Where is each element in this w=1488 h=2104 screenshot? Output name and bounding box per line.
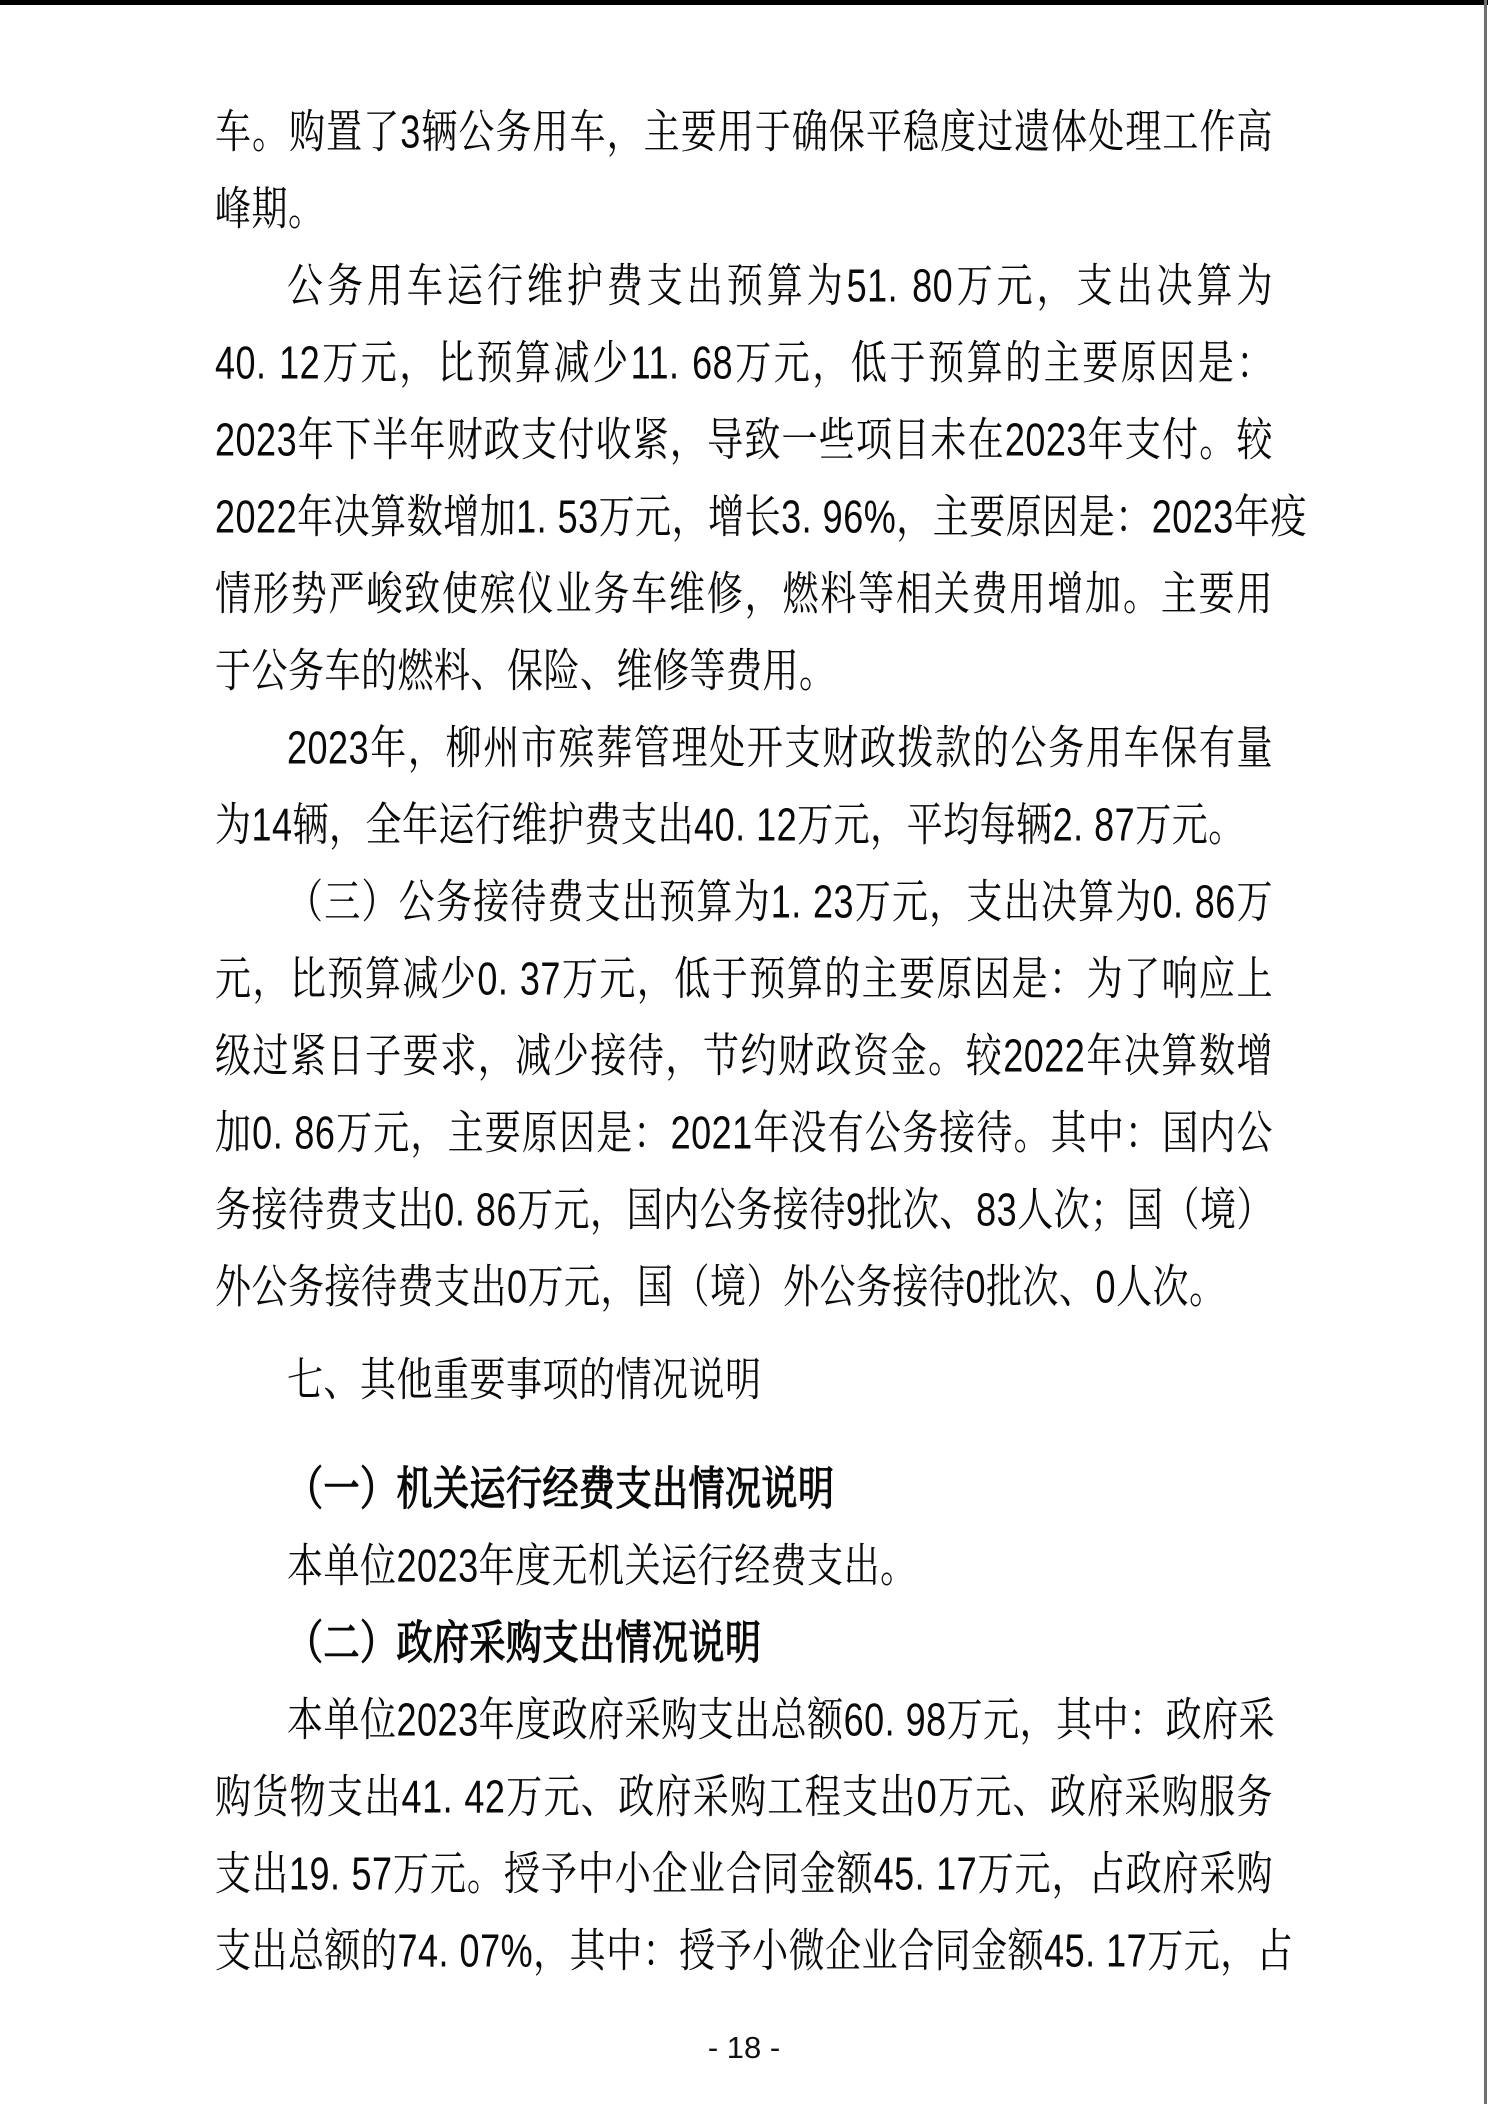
scan-edge-right	[1484, 0, 1487, 2104]
page-number: - 18 -	[0, 2030, 1488, 2066]
document-page: 车。购置了3辆公务用车，主要用于确保平稳度过遗体处理工作高 峰期。 公务用车运行…	[0, 0, 1488, 2104]
text-line: 支出总额的74. 07%，其中：授予小微企业合同金额45. 17万元，占	[215, 1901, 1273, 2000]
text-line: 外公务接待费支出0万元，国（境）外公务接待0批次、0人次。	[215, 1237, 1273, 1336]
document-body: 车。购置了3辆公务用车，主要用于确保平稳度过遗体处理工作高 峰期。 公务用车运行…	[215, 93, 1273, 1989]
scan-edge-top	[0, 0, 1488, 5]
section-heading: 七、其他重要事项的情况说明	[215, 1330, 1273, 1429]
